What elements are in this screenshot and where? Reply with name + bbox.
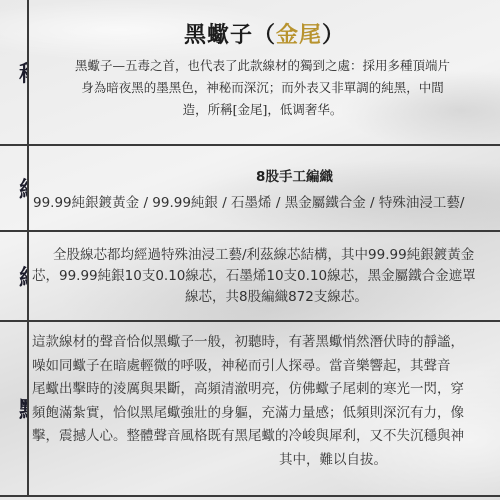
- materials-list: 99.99純銀鍍黃金 / 99.99純銀 / 石墨烯 / 黑金屬鐵合金 / 特殊…: [29, 191, 500, 211]
- row-label-text: 稱: [19, 57, 28, 88]
- row-label-materials: 紹: [0, 145, 28, 231]
- sound-line: 噪如同蠍子在暗處輕微的呼吸，神秘而引人探尋。當音樂響起，其聲音: [29, 355, 500, 379]
- table-row-structure: 紹 全股線芯都均經過特殊油浸工藝/利茲線芯結構，其中99.99純銀鍍黃金 芯，9…: [0, 231, 500, 321]
- row-label-text: 紹: [19, 173, 28, 204]
- product-title-variant: 金尾: [276, 23, 322, 48]
- structure-line: 線芯，共8股編織872支線芯。: [29, 287, 500, 308]
- sound-line: 尾蠍出擊時的淩厲與果斷，高頻清澈明亮，仿佛蠍子尾刺的寒光一閃，穿: [29, 378, 500, 402]
- product-title: 黑蠍子（金尾）: [29, 18, 500, 49]
- sound-line: 這款線材的聲音恰似黑蠍子一般，初聽時，有著黑蠍悄然潛伏時的靜謐，: [29, 331, 500, 355]
- row-content-sound: 這款線材的聲音恰似黑蠍子一般，初聽時，有著黑蠍悄然潛伏時的靜謐， 噪如同蠍子在暗…: [28, 321, 500, 496]
- paren-open: （: [253, 23, 276, 48]
- intro-line: 身為暗夜黑的墨黑色，神秘而深沉；而外表又非單調的純黑，中間: [28, 77, 500, 99]
- row-content-materials: 8股手工編織 99.99純銀鍍黃金 / 99.99純銀 / 石墨烯 / 黑金屬鐵…: [28, 145, 500, 231]
- product-spec-table: 稱 黑蠍子（金尾） 黑蠍子—五毒之首，也代表了此款線材的獨到之處：採用多種頂端片…: [0, 0, 500, 497]
- sound-line: 其中，難以自拔。: [29, 449, 500, 473]
- structure-description: 全股線芯都均經過特殊油浸工藝/利茲線芯結構，其中99.99純銀鍍黃金 芯，99.…: [29, 245, 500, 308]
- row-label-structure: 紹: [0, 231, 28, 321]
- product-title-main: 黑蠍子: [184, 23, 253, 48]
- row-label-sound: 點: [0, 321, 28, 496]
- paren-close: ）: [322, 23, 345, 48]
- sound-line: 頻飽滿紮實，恰似黑尾蠍強壯的身軀，充滿力量感；低頻則深沉有力，像: [29, 402, 500, 426]
- weave-type: 8股手工編織: [89, 165, 500, 185]
- sound-line: 擊，震撼人心。整體聲音風格既有黑尾蠍的冷峻與犀利，又不失沉穩與神: [29, 425, 500, 449]
- table-row-sound: 點 這款線材的聲音恰似黑蠍子一般，初聽時，有著黑蠍悄然潛伏時的靜謐， 噪如同蠍子…: [0, 321, 500, 496]
- row-content-structure: 全股線芯都均經過特殊油浸工藝/利茲線芯結構，其中99.99純銀鍍黃金 芯，99.…: [28, 231, 500, 321]
- row-label-text: 紹: [19, 261, 28, 292]
- row-content-name: 黑蠍子（金尾） 黑蠍子—五毒之首，也代表了此款線材的獨到之處：採用多種頂端片 身…: [28, 0, 500, 145]
- table-row-name: 稱 黑蠍子（金尾） 黑蠍子—五毒之首，也代表了此款線材的獨到之處：採用多種頂端片…: [0, 0, 500, 145]
- sound-description: 這款線材的聲音恰似黑蠍子一般，初聽時，有著黑蠍悄然潛伏時的靜謐， 噪如同蠍子在暗…: [29, 331, 500, 486]
- structure-line: 芯，99.99純銀10支0.10線芯，石墨烯10支0.10線芯，黑金屬鐵合金遮罩: [29, 266, 500, 287]
- row-label-text: 點: [19, 393, 28, 424]
- row-label-name: 稱: [0, 0, 28, 145]
- intro-line: 黑蠍子—五毒之首，也代表了此款線材的獨到之處：採用多種頂端片: [28, 55, 500, 77]
- structure-line: 全股線芯都均經過特殊油浸工藝/利茲線芯結構，其中99.99純銀鍍黃金: [29, 245, 500, 266]
- product-intro: 黑蠍子—五毒之首，也代表了此款線材的獨到之處：採用多種頂端片 身為暗夜黑的墨黑色…: [28, 55, 500, 121]
- intro-line: 造，所稱[金尾]，低调奢华。: [28, 99, 500, 121]
- table-row-materials: 紹 8股手工編織 99.99純銀鍍黃金 / 99.99純銀 / 石墨烯 / 黑金…: [0, 145, 500, 231]
